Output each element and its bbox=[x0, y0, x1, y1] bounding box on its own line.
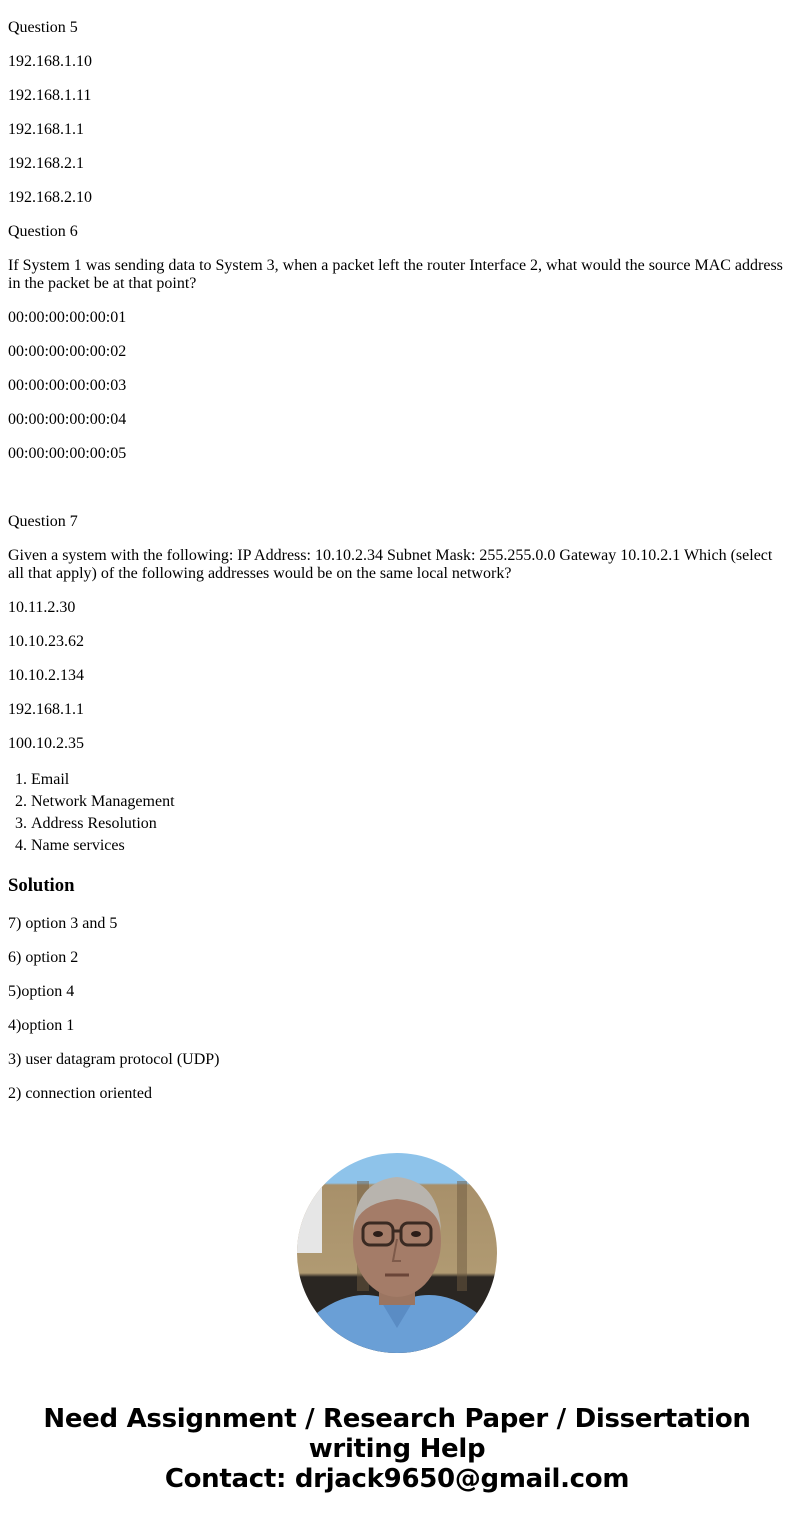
solution-heading: Solution bbox=[8, 875, 786, 897]
list-item: Network Management bbox=[31, 791, 786, 813]
promo-contact: Contact: drjack9650@gmail.com bbox=[0, 1464, 794, 1494]
question-6-option: 00:00:00:00:00:04 bbox=[8, 411, 786, 429]
question-7-text: Given a system with the following: IP Ad… bbox=[8, 547, 786, 583]
question-6-option: 00:00:00:00:00:03 bbox=[8, 377, 786, 395]
promo-line-1: Need Assignment / Research Paper / Disse… bbox=[0, 1404, 794, 1434]
question-5-option: 192.168.2.1 bbox=[8, 155, 786, 173]
question-7-option: 10.11.2.30 bbox=[8, 599, 786, 617]
question-6-title: Question 6 bbox=[8, 223, 786, 241]
solution-answer: 7) option 3 and 5 bbox=[8, 915, 786, 933]
question-5-option: 192.168.1.1 bbox=[8, 121, 786, 139]
question-7-title: Question 7 bbox=[8, 513, 786, 531]
question-7-option: 10.10.2.134 bbox=[8, 667, 786, 685]
solution-answer: 2) connection oriented bbox=[8, 1085, 786, 1103]
question-5-option: 192.168.1.11 bbox=[8, 87, 786, 105]
document-body: Question 5 192.168.1.10 192.168.1.11 192… bbox=[0, 19, 794, 1103]
question-5-option: 192.168.1.10 bbox=[8, 53, 786, 71]
solution-answer: 5)option 4 bbox=[8, 983, 786, 1001]
list-item: Email bbox=[31, 769, 786, 791]
list-item: Address Resolution bbox=[31, 813, 786, 835]
question-6-option: 00:00:00:00:00:01 bbox=[8, 309, 786, 327]
author-avatar bbox=[297, 1153, 497, 1353]
question-6-text: If System 1 was sending data to System 3… bbox=[8, 257, 786, 293]
solution-answer: 6) option 2 bbox=[8, 949, 786, 967]
question-7-option: 192.168.1.1 bbox=[8, 701, 786, 719]
empty-paragraph bbox=[8, 479, 786, 497]
solution-answer: 4)option 1 bbox=[8, 1017, 786, 1035]
question-6-option: 00:00:00:00:00:02 bbox=[8, 343, 786, 361]
question-7-option: 10.10.23.62 bbox=[8, 633, 786, 651]
promo-line-2: writing Help bbox=[0, 1434, 794, 1464]
question-6-option: 00:00:00:00:00:05 bbox=[8, 445, 786, 463]
promo-banner: Need Assignment / Research Paper / Disse… bbox=[0, 1404, 794, 1494]
list-item: Name services bbox=[31, 835, 786, 857]
question-5-title: Question 5 bbox=[8, 19, 786, 37]
author-photo-icon bbox=[297, 1153, 497, 1353]
ordered-list: Email Network Management Address Resolut… bbox=[8, 769, 786, 857]
question-7-option: 100.10.2.35 bbox=[8, 735, 786, 753]
question-5-option: 192.168.2.10 bbox=[8, 189, 786, 207]
solution-answer: 3) user datagram protocol (UDP) bbox=[8, 1051, 786, 1069]
